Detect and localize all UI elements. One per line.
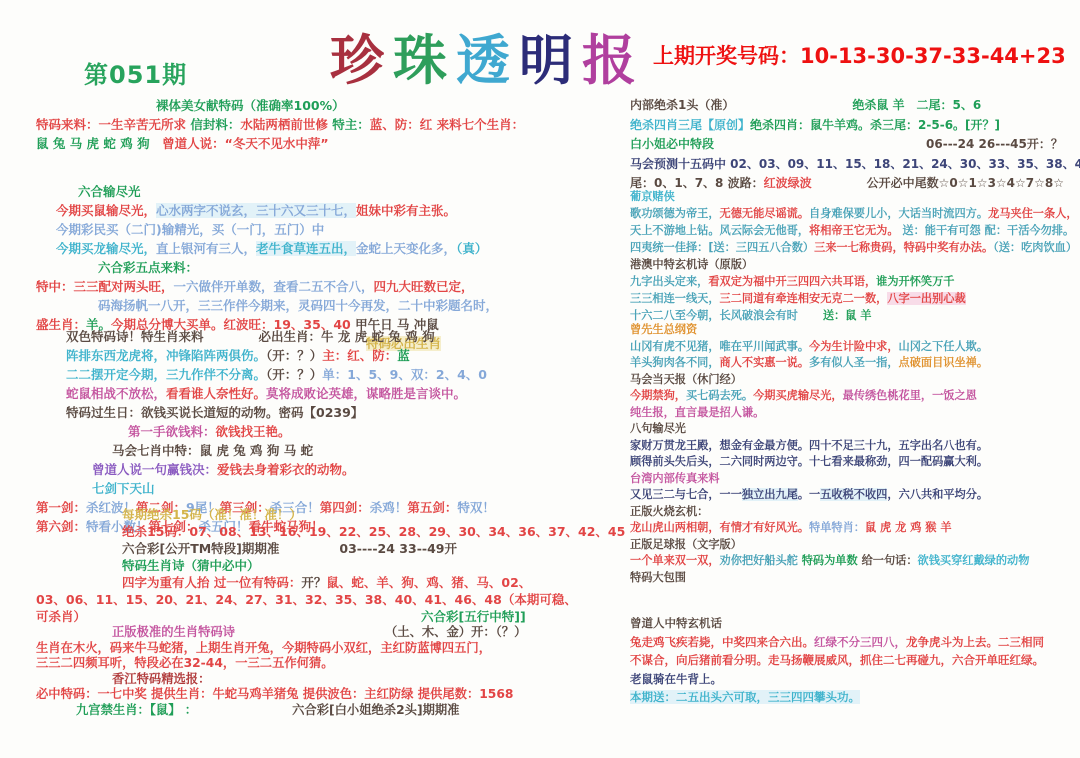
- text-segment: 今期买鼠输尽光，: [56, 203, 156, 218]
- text-line: 纯生报，直言最是招人谦。: [630, 405, 1080, 422]
- text-segment: 蓝: [397, 348, 410, 363]
- text-segment: 九宫禁生肖：【鼠】 ：: [76, 703, 197, 717]
- text-line: 每期绝杀15码（准！准！准！）: [36, 506, 614, 523]
- text-segment: 蛇鼠相战不放松，: [66, 386, 166, 401]
- text-segment: 马会预测十五码中 02、03、09、11、15、18、21、24、30、33、3…: [630, 157, 1080, 171]
- right-column: 内部绝杀1头（准）绝杀鼠 羊 二尾：5、6绝杀四肖三尾【原创】绝杀四肖：鼠牛羊鸡…: [630, 0, 1080, 758]
- text-segment: 曾先生总纲资: [630, 323, 697, 336]
- text-line: 马会七肖中特：鼠 虎 兔 鸡 狗 马 蛇: [36, 441, 614, 460]
- text-segment: 姐妹中彩有主张。: [356, 203, 456, 218]
- text-line: 香江特码精选报：: [36, 672, 614, 688]
- text-line: 曾先生总纲资: [630, 322, 1080, 339]
- text-segment: 内部绝杀1头（准）: [630, 98, 734, 112]
- zengdaoren-words: 曾道人中特玄机话兔走鸡飞疾若毙，中奖四来合六出。红绿不分三四八，龙争虎斗为上去。…: [630, 614, 1080, 707]
- text-segment: 信封料：: [190, 117, 240, 132]
- text-segment: 六合彩[公开TM特段]期期准: [122, 541, 279, 556]
- text-segment: 可杀肖）: [36, 609, 86, 624]
- text-segment: 马会七肖中特：鼠 虎 兔 鸡 狗 马 蛇: [112, 443, 313, 458]
- text-segment: 爱钱去身着彩衣的动物。: [217, 462, 355, 477]
- text-segment: 生肖在木火，码来牛马蛇猪，上期生肖开兔，今期特码小双红，主红防蓝博四五门，: [36, 641, 491, 655]
- text-line: 山冈有虎不见猪，唯在平川闻武事。今为生计险中求，山冈之下任人欺。: [630, 339, 1080, 356]
- text-segment: 老牛食草连五出，: [256, 241, 356, 256]
- text-segment: 九字出头定来，: [630, 275, 708, 288]
- text-line: 顾得前头失后头，二六同时两边守。十七看来最称劲，四一配码赢大利。: [630, 454, 1080, 471]
- text-segment: 主：红、防：: [322, 348, 397, 363]
- text-segment: 鼠牛羊鸡。杀三尾：2-5-6。[开？]: [810, 118, 1000, 132]
- text-line: 今期买鼠输尽光，心水两字不说玄，三十六又三十七，姐妹中彩有主张。: [36, 201, 614, 220]
- text-segment: 八字一出别心裁: [887, 292, 965, 305]
- text-segment: 四夷统一佳择：[送：三四五八合数）: [630, 241, 814, 254]
- text-segment: 码海扬帆一八开，三三作伴今期来，灵码四十今再发，二十中彩题名时，: [98, 298, 498, 313]
- text-segment: 六合彩[五行中特]]: [421, 609, 526, 624]
- text-segment: 绝杀四肖：: [750, 118, 810, 132]
- text-line: 特码过生日：欲钱买说长道短的动物。密码【0239】: [36, 403, 614, 422]
- text-segment: 马会当天报（休门经）: [630, 373, 742, 386]
- text-segment: 港澳中特玄机诗（原版）: [630, 258, 753, 271]
- text-segment: 天上不游地上钻。风云际会无他哥，: [630, 224, 809, 237]
- text-segment: 必出生肖：牛 龙 虎 蛇 兔 鸡 狗: [259, 329, 435, 344]
- text-segment: 四字为重有人抬 过一位有特码：: [122, 575, 301, 590]
- text-segment: （真）: [456, 241, 487, 256]
- text-line: 三三相连一线天，三二同道有牵连相安无克二一数，八字一出别心裁: [630, 290, 1080, 307]
- text-segment: 将相帝王它无为。: [809, 224, 899, 237]
- text-segment: 点破面目识坐禅。: [899, 356, 989, 369]
- text-segment: 心水两字不说玄，三十六又三十七，: [156, 203, 356, 218]
- text-segment: 三三二四频耳听，特段必在32-44，一三二五作何猜。: [36, 656, 334, 670]
- text-line: 本期送：二五出头六可取，三三四四攀头功。: [630, 688, 1080, 707]
- text-line: 今期彩民买（二门)输精光，买（一门，五门）中: [36, 220, 614, 239]
- text-segment: 羊头狗肉各不同，: [630, 356, 720, 369]
- text-segment: 自身难保要儿小，大话当时流四方。: [809, 207, 988, 220]
- text-line: 鼠 兔 马 虎 蛇 鸡 狗 曾道人说：“冬天不见水中萍”: [36, 134, 614, 153]
- text-segment: 鼠、蛇、羊、狗、鸡、猪、马、02、: [326, 575, 531, 590]
- text-line: 九宫禁生肖：【鼠】 ：六合彩[白小姐绝杀2头]期期准: [36, 703, 614, 719]
- text-segment: 正版足球报（文字版）: [630, 538, 742, 551]
- xiangjiang-report: 正版极准的生肖特码诗（土、木、金）开：（？）生肖在木火，码来牛马蛇猪，上期生肖开…: [36, 625, 614, 718]
- text-segment: 双色特码诗！特生肖来料: [66, 329, 204, 344]
- text-segment: 十六二八至今朝，长风破浪会有时: [630, 309, 798, 322]
- text-segment: 蓝、防：红 来料七个生肖：: [370, 117, 524, 132]
- text-segment: 白小姐必中特段: [630, 137, 714, 151]
- text-segment: 六合彩五点来料：: [98, 260, 198, 275]
- text-segment: 纯生报，直言最是招人谦。: [630, 406, 764, 419]
- text-segment: 商人不实惠一说。: [720, 356, 810, 369]
- text-segment: 三三配对两头旺，: [74, 279, 174, 294]
- text-segment: 山冈有虎不见猪，唯在平川闻武事。: [630, 340, 809, 353]
- text-line: 正版足球报（文字版）: [630, 537, 1080, 554]
- text-line: 七剑下天山: [36, 479, 614, 498]
- text-segment: 每期绝杀15码（准！准！准！）: [122, 507, 302, 522]
- text-segment: 歌功颂德为帝王，: [630, 207, 720, 220]
- text-segment: 买七码去死。: [686, 389, 753, 402]
- text-segment: 四九大旺数已定，: [374, 279, 474, 294]
- text-line: 特中：三三配对两头旺，一六做伴开单数，查看二五不合八，四九大旺数已定，: [36, 277, 614, 296]
- text-segment: 曾道人说一句赢钱决：: [92, 462, 217, 477]
- text-segment: 特码大包围: [630, 571, 686, 584]
- text-segment: 山冈之下任人欺。: [899, 340, 989, 353]
- text-segment: 看看谁人奈性好。: [166, 386, 266, 401]
- text-line: 特码生肖诗（猜中必中）: [36, 557, 614, 574]
- text-line: 三三二四频耳听，特段必在32-44，一三二五作何猜。: [36, 656, 614, 672]
- text-line: 九字出头定来，看双定为福中开三四四六共耳语，谁为开怀笑万千: [630, 273, 1080, 290]
- text-segment: （送：吃肉饮血）: [993, 241, 1077, 254]
- text-segment: ，六八共和平均分。: [887, 488, 988, 501]
- text-line: 马会当天报（休门经）: [630, 372, 1080, 389]
- text-segment: 台湾内部传真来料: [630, 472, 720, 485]
- text-segment: 本期送：二五出头六可取，三三四四攀头功。: [630, 690, 860, 704]
- text-segment: 03、06、11、15、20、21、24、27、31、32、35、38、40、4…: [36, 592, 577, 607]
- text-segment: 龙争虎斗为上去。二三相同: [906, 635, 1044, 649]
- text-line: 天上不游地上钻。风云际会无他哥，将相帝王它无为。 送：能干有可怨 配：干活今勿排…: [630, 222, 1080, 239]
- internal-kill: 内部绝杀1头（准）绝杀鼠 羊 二尾：5、6绝杀四肖三尾【原创】绝杀四肖：鼠牛羊鸡…: [630, 96, 1080, 194]
- text-segment: 03----24 33--49开: [339, 541, 457, 556]
- text-line: 特码来料：一生辛苦无所求 信封料：水陆两栖前世修 特主：蓝、防：红 来料七个生肖…: [36, 115, 614, 134]
- text-line: 歌功颂德为帝王，无德无能尽谣谎。自身难保要儿小，大话当时流四方。龙马夹住一条人，: [630, 205, 1080, 222]
- text-line: 必中特码：一七中奖 提供生肖：牛蛇马鸡羊猪兔 提供波色：主红防绿 提供尾数：15…: [36, 687, 614, 703]
- text-line: 今期禁狗，买七码去死。今期买虎输尽光，最传绣色桃花里，一饭之恩: [630, 388, 1080, 405]
- text-line: 第一手欲钱料：欲钱找王艳。: [36, 422, 614, 441]
- text-segment: 特码过生日：欲钱买说长道短的动物。密码【0239】: [66, 405, 363, 420]
- text-segment: 送：能干有可怨 配：干活今勿排。: [899, 224, 1075, 237]
- text-segment: 第一手欲钱料：: [128, 424, 216, 439]
- text-segment: 07、08、13、16、19、22、25、28、29、30、34、36、37、4…: [189, 524, 625, 539]
- text-line: 生肖在木火，码来牛马蛇猪，上期生肖开兔，今期特码小双红，主红防蓝博四五门，: [36, 641, 614, 657]
- two-color-poem: 双色特码诗！特生肖来料必出生肖：牛 龙 虎 蛇 兔 鸡 狗阵排东西龙虎将，冲锋陷…: [36, 327, 614, 536]
- text-line: 裸体美女献特码（准确率100%）: [36, 96, 614, 115]
- text-line: 今期买龙输尽光，直上银河有三人，老牛食草连五出，金蛇上天变化多，（真）: [36, 239, 614, 258]
- text-line: 龙山虎山两相朝，有情才有好风光。特单特肖：鼠 虎 龙 鸡 猴 羊: [630, 520, 1080, 537]
- text-segment: 裸体美女献特码（准确率100%）: [156, 98, 345, 113]
- text-segment: （土、木、金）开：（？）: [385, 625, 526, 639]
- text-segment: 七剑下天山: [92, 481, 155, 496]
- text-segment: 曾道人中特玄机话: [630, 616, 722, 630]
- text-segment: 给一句话：: [862, 554, 918, 567]
- text-segment: 欲钱找王艳。: [216, 424, 291, 439]
- text-line: 兔走鸡飞疾若毙，中奖四来合六出。红绿不分三四八，龙争虎斗为上去。二三相同: [630, 633, 1080, 652]
- text-segment: 今期买虎输尽光，: [753, 389, 843, 402]
- zeng-master: 曾先生总纲资山冈有虎不见猪，唯在平川闻武事。今为生计险中求，山冈之下任人欺。羊头…: [630, 322, 1080, 421]
- text-segment: 家财万贯龙王殿，想金有金最方便。四十不足三十九，五字出名八也有。: [630, 439, 988, 452]
- text-segment: 送：鼠 羊: [823, 309, 872, 322]
- text-line: 港澳中特玄机诗（原版）: [630, 256, 1080, 273]
- text-segment: 今期买龙输尽光，: [56, 241, 156, 256]
- text-line: 六合输尽光: [36, 182, 614, 201]
- text-segment: （开：？）: [266, 367, 322, 382]
- text-segment: 龙马夹住一条人，: [988, 207, 1078, 220]
- text-line: 老鼠骑在牛背上。: [630, 670, 1080, 689]
- text-segment: 。一: [798, 488, 820, 501]
- text-segment: 五收税不收四: [820, 488, 887, 501]
- text-segment: 多有似人圣一指，: [809, 356, 899, 369]
- text-segment: 今期禁狗，: [630, 389, 686, 402]
- text-segment: 二二摆开定今期，三九作伴不分离。: [66, 367, 266, 382]
- text-segment: 莫将成败论英雄，谋略胜是言谈中。: [266, 386, 466, 401]
- text-segment: 特单特肖：: [809, 521, 865, 534]
- text-segment: 今为生计险中求，: [809, 340, 899, 353]
- text-line: 曾道人说一句赢钱决：爱钱去身着彩衣的动物。: [36, 460, 614, 479]
- text-line: 可杀肖）六合彩[五行中特]]: [36, 608, 614, 625]
- text-segment: 看双定为福中开三四四六共耳语，: [708, 275, 876, 288]
- text-line: 又见三二与七合，一一独立出九尾。一五收税不收四，六八共和平均分。: [630, 487, 1080, 504]
- text-line: 一个单来双一双，劝你把好船头舵 特码为单数 给一句话：欲钱买穿红戴绿的动物: [630, 553, 1080, 570]
- pujing-dux: 葡京赌侠歌功颂德为帝王，无德无能尽谣谎。自身难保要儿小，大话当时流四方。龙马夹住…: [630, 188, 1080, 324]
- text-segment: 顾得前头失后头，二六同时两边守。十七看来最称劲，四一配码赢大利。: [630, 455, 988, 468]
- text-segment: 一六做伴开单数，查看二五不合八，: [174, 279, 374, 294]
- text-segment: 特码生肖诗（猜中必中）: [122, 558, 260, 573]
- text-segment: 老鼠骑在牛背上。: [630, 672, 722, 686]
- text-segment: 正版极准的生肖特码诗: [112, 625, 235, 639]
- text-line: 内部绝杀1头（准）绝杀鼠 羊 二尾：5、6: [630, 96, 1080, 116]
- text-line: 葡京赌侠: [630, 188, 1080, 205]
- text-segment: 八句输尽光: [630, 422, 686, 435]
- text-line: 正版极准的生肖特码诗（土、木、金）开：（？）: [36, 625, 614, 641]
- text-segment: 水陆两栖前世修: [240, 117, 332, 132]
- text-segment: 最传绣色桃花里，一饭之恩: [843, 389, 977, 402]
- text-line: 正版火烧玄机：: [630, 504, 1080, 521]
- text-segment: 鼠 兔 马 虎 蛇 鸡 狗: [36, 136, 162, 151]
- text-segment: 又见三二与七合，一一: [630, 488, 742, 501]
- text-segment: 特码来料：一生辛苦无所求: [36, 117, 190, 132]
- text-segment: 绝杀鼠 羊 二尾：5、6: [852, 98, 981, 112]
- text-segment: 开？: [301, 575, 326, 590]
- text-line: 码海扬帆一八开，三三作伴今期来，灵码四十今再发，二十中彩题名时，: [36, 296, 614, 315]
- text-line: 特码大包围: [630, 570, 1080, 587]
- text-segment: 06---24 26---45开：？: [926, 137, 1063, 151]
- text-segment: 直上银河有三人，: [156, 241, 256, 256]
- text-segment: （开：？）: [266, 348, 322, 363]
- text-segment: 一个单来双一双，: [630, 554, 720, 567]
- text-segment: 独立出九尾: [742, 488, 798, 501]
- text-segment: 兔走鸡飞疾若毙，中奖四来合六出。: [630, 635, 814, 649]
- text-segment: 劝你把好船头舵: [720, 554, 802, 567]
- text-line: 绝杀四肖三尾【原创】绝杀四肖：鼠牛羊鸡。杀三尾：2-5-6。[开？]: [630, 116, 1080, 136]
- text-line: 马会预测十五码中 02、03、09、11、15、18、21、24、30、33、3…: [630, 155, 1080, 175]
- text-segment: 三二同道有牵连相安无克二一数，: [720, 292, 888, 305]
- text-line: 四字为重有人抬 过一位有特码：开？鼠、蛇、羊、狗、鸡、猪、马、02、: [36, 574, 614, 591]
- text-line: 双色特码诗！特生肖来料必出生肖：牛 龙 虎 蛇 兔 鸡 狗: [36, 327, 614, 346]
- text-segment: 阵排东西龙虎将，冲锋陷阵两俱伤。: [66, 348, 266, 363]
- text-line: 六合彩[公开TM特段]期期准03----24 33--49开: [36, 540, 614, 557]
- text-segment: 龙山虎山两相朝，有情才有好风光。: [630, 521, 809, 534]
- text-line: 八句输尽光: [630, 421, 1080, 438]
- text-line: 不谋合，向后猪前看分明。走马扬鞭展威风，抓住二七再碰九，六合开单旺红绿。: [630, 651, 1080, 670]
- text-segment: 单：1、5、9、双：2、4、0: [322, 367, 487, 382]
- text-segment: 六合彩[白小姐绝杀2头]期期准: [292, 703, 459, 717]
- text-segment: 曾道人说：“冬天不见水中萍”: [162, 136, 328, 151]
- text-segment: 六合输尽光: [78, 184, 141, 199]
- text-segment: 绝杀15码：: [122, 524, 189, 539]
- text-segment: 谁为开怀笑万千: [876, 275, 954, 288]
- text-line: 绝杀15码：07、08、13、16、19、22、25、28、29、30、34、3…: [36, 523, 614, 540]
- text-line: 曾道人中特玄机话: [630, 614, 1080, 633]
- eight-lines: 八句输尽光家财万贯龙王殿，想金有金最方便。四十不足三十九，五字出名八也有。顾得前…: [630, 421, 1080, 586]
- text-segment: 金蛇上天变化多，: [356, 241, 456, 256]
- text-segment: 绝杀四肖三尾【原创】: [630, 118, 750, 132]
- text-segment: 葡京赌侠: [630, 190, 675, 203]
- special-code-intro: 裸体美女献特码（准确率100%）特码来料：一生辛苦无所求 信封料：水陆两栖前世修…: [36, 96, 614, 153]
- text-line: 台湾内部传真来料: [630, 471, 1080, 488]
- text-segment: 特主：: [332, 117, 370, 132]
- text-segment: 特中：: [36, 279, 74, 294]
- text-segment: 三三相连一线天，: [630, 292, 720, 305]
- text-line: 六合彩五点来料：: [36, 258, 614, 277]
- text-line: 羊头狗肉各不同，商人不实惠一说。多有似人圣一指，点破面目识坐禅。: [630, 355, 1080, 372]
- text-line: 阵排东西龙虎将，冲锋陷阵两俱伤。（开：？）主：红、防：蓝: [36, 346, 614, 365]
- text-line: 白小姐必中特段06---24 26---45开：？: [630, 135, 1080, 155]
- text-segment: 欲钱买穿红戴绿的动物: [918, 554, 1030, 567]
- text-segment: 不谋合，向后猪前看分明。走马扬鞭展威风，抓住二七再碰九，六合开单旺红绿。: [630, 653, 1044, 667]
- text-segment: 鼠 虎 龙 鸡 猴 羊: [865, 521, 952, 534]
- text-segment: 特码为单数: [802, 554, 862, 567]
- text-segment: 三来一七称贵码，特码中奖有办法。: [814, 241, 993, 254]
- text-line: 家财万贯龙王殿，想金有金最方便。四十不足三十九，五字出名八也有。: [630, 438, 1080, 455]
- text-line: 蛇鼠相战不放松，看看谁人奈性好。莫将成败论英雄，谋略胜是言谈中。: [36, 384, 614, 403]
- text-segment: 香江特码精选报：: [112, 672, 210, 686]
- kill-15-codes: 每期绝杀15码（准！准！准！）绝杀15码：07、08、13、16、19、22、2…: [36, 506, 614, 625]
- text-segment: 今期彩民买（二门)输精光，买（一门，五门）中: [56, 222, 324, 237]
- text-segment: 必中特码：一七中奖 提供生肖：牛蛇马鸡羊猪兔 提供波色：主红防绿 提供尾数：15…: [36, 687, 513, 701]
- left-column: 裸体美女献特码（准确率100%）特码来料：一生辛苦无所求 信封料：水陆两栖前世修…: [36, 0, 614, 758]
- text-segment: 红绿不分三四八，: [814, 635, 906, 649]
- text-line: 03、06、11、15、20、21、24、27、31、32、35、38、40、4…: [36, 591, 614, 608]
- text-segment: 正版火烧玄机：: [630, 505, 708, 518]
- text-line: 二二摆开定今期，三九作伴不分离。（开：？）单：1、5、9、双：2、4、0: [36, 365, 614, 384]
- text-line: 四夷统一佳择：[送：三四五八合数）三来一七称贵码，特码中奖有办法。（送：吃肉饮血…: [630, 239, 1080, 256]
- text-segment: 无德无能尽谣谎。: [720, 207, 810, 220]
